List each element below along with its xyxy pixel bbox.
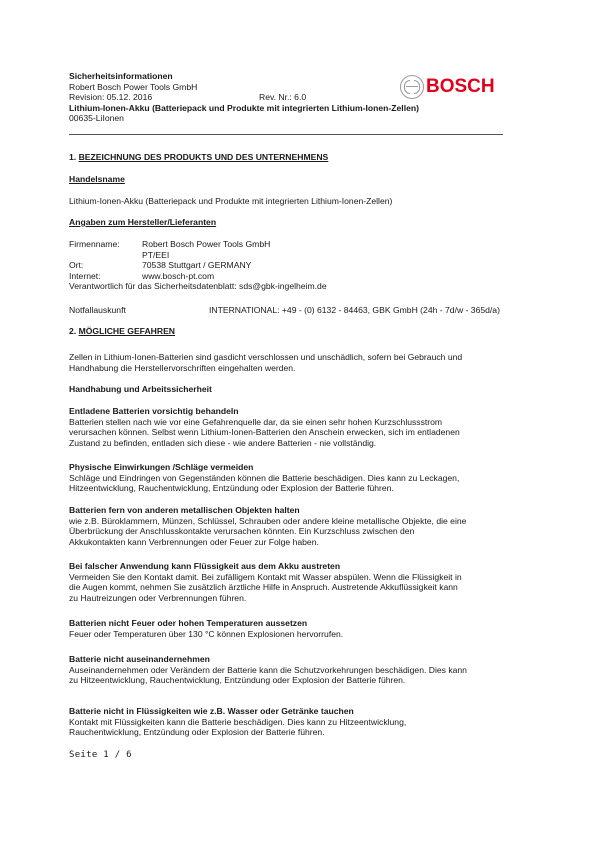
emergency-label: Notfallauskunft — [69, 305, 126, 316]
section-2-intro: Zellen in Lithium-Ionen-Batterien sind g… — [69, 352, 529, 373]
hazard-item: Physische Einwirkungen /Schläge vermeide… — [69, 462, 529, 494]
hazard-text-line: verursachen können. Selbst wenn Lithium-… — [69, 427, 529, 438]
logo-text: BOSCH — [426, 75, 495, 99]
hazard-title: Physische Einwirkungen /Schläge vermeide… — [69, 462, 529, 473]
responsible-contact: Verantwortlich für das Sicherheitsdatenb… — [69, 281, 327, 292]
hazard-text-line: zu Hautreizungen oder Verbrennungen führ… — [69, 593, 529, 604]
section-number: 2. — [69, 326, 76, 336]
hazard-text-line: Feuer oder Temperaturen über 130 °C könn… — [69, 629, 529, 640]
web-value[interactable]: www.bosch-pt.com — [142, 271, 214, 282]
hazard-text-line: Überbrückung der Anschlusskontakte verur… — [69, 526, 529, 537]
manufacturer-label: Angaben zum Hersteller/Lieferanten — [69, 217, 216, 228]
hazard-item: Batterien fern von anderen metallischen … — [69, 505, 529, 547]
revision-date: Revision: 05.12. 2016 — [69, 92, 152, 102]
hazard-text-line: Zustand zu befinden, entladen sich diese… — [69, 438, 529, 449]
section-title: MÖGLICHE GEFAHREN — [79, 326, 175, 336]
hazard-item: Batterie nicht in Flüssigkeiten wie z.B.… — [69, 706, 529, 738]
bosch-armature-icon — [400, 75, 424, 99]
section-1-heading: 1. BEZEICHNUNG DES PRODUKTS UND DES UNTE… — [69, 152, 328, 163]
city-value: 70538 Stuttgart / GERMANY — [142, 260, 251, 271]
hazard-title: Batterien nicht Feuer oder hohen Tempera… — [69, 618, 529, 629]
hazard-text-line: Hitzeentwicklung, Rauchentwicklung, Entz… — [69, 483, 529, 494]
header-divider — [69, 134, 503, 135]
company-value: Robert Bosch Power Tools GmbH — [142, 239, 270, 250]
section-2-heading: 2. MÖGLICHE GEFAHREN — [69, 326, 175, 337]
hazard-text-line: wie z.B. Büroklammern, Münzen, Schlüssel… — [69, 516, 529, 527]
hazard-text-line: Kontakt mit Flüssigkeiten kann die Batte… — [69, 717, 529, 728]
intro-line: Handhabung die Herstellervorschriften ei… — [69, 363, 529, 374]
hazard-title: Batterien fern von anderen metallischen … — [69, 505, 529, 516]
hazard-text-line: Auseinandernehmen oder Verändern der Bat… — [69, 665, 529, 676]
handling-heading: Handhabung und Arbeitssicherheit — [69, 384, 212, 395]
hazard-text-line: die Augen kommt, nehmen Sie zusätzlich ä… — [69, 582, 529, 593]
page-number: Seite 1 / 6 — [69, 750, 132, 761]
hazard-item: Batterien nicht Feuer oder hohen Tempera… — [69, 618, 529, 639]
manufacturer-details: Firmenname: Robert Bosch Power Tools Gmb… — [69, 239, 529, 292]
section-title: BEZEICHNUNG DES PRODUKTS UND DES UNTERNE… — [79, 152, 329, 162]
hazard-text-line: Batterien stellen nach wie vor eine Gefa… — [69, 417, 529, 428]
hazard-text-line: Vermeiden Sie den Kontakt damit. Bei zuf… — [69, 572, 529, 583]
intro-line: Zellen in Lithium-Ionen-Batterien sind g… — [69, 352, 529, 363]
web-label: Internet: — [69, 271, 101, 282]
hazard-title: Batterie nicht in Flüssigkeiten wie z.B.… — [69, 706, 529, 717]
hazard-text-line: zu Hitzeentwicklung, Rauchentwicklung, E… — [69, 675, 529, 686]
section-number: 1. — [69, 152, 76, 162]
doc-number: 00635-LiIonen — [69, 113, 529, 124]
city-label: Ort: — [69, 260, 83, 271]
hazard-item: Bei falscher Anwendung kann Flüssigkeit … — [69, 561, 529, 603]
hazard-text-line: Rauchentwicklung, Entzündung oder Explos… — [69, 727, 529, 738]
bosch-logo: BOSCH — [400, 73, 500, 101]
hazard-item: Batterie nicht auseinandernehmenAuseinan… — [69, 654, 529, 686]
revision-number: Rev. Nr.: 6.0 — [259, 92, 306, 103]
trade-name-label: Handelsname — [69, 174, 125, 185]
department: PT/EEI — [142, 250, 169, 261]
emergency-value: INTERNATIONAL: +49 - (0) 6132 - 84463, G… — [209, 305, 500, 316]
hazard-title: Entladene Batterien vorsichtig behandeln — [69, 406, 529, 417]
hazard-item: Entladene Batterien vorsichtig behandeln… — [69, 406, 529, 448]
hazard-title: Bei falscher Anwendung kann Flüssigkeit … — [69, 561, 529, 572]
product-title: Lithium-Ionen-Akku (Batteriepack und Pro… — [69, 103, 529, 114]
hazard-text-line: Schläge und Eindringen von Gegenständen … — [69, 473, 529, 484]
company-label: Firmenname: — [69, 239, 120, 250]
emergency-contact: Notfallauskunft INTERNATIONAL: +49 - (0)… — [69, 305, 529, 316]
hazard-title: Batterie nicht auseinandernehmen — [69, 654, 529, 665]
hazard-text-line: Akkukontakten kann Verbrennungen oder Fe… — [69, 537, 529, 548]
trade-name: Lithium-Ionen-Akku (Batteriepack und Pro… — [69, 196, 392, 207]
